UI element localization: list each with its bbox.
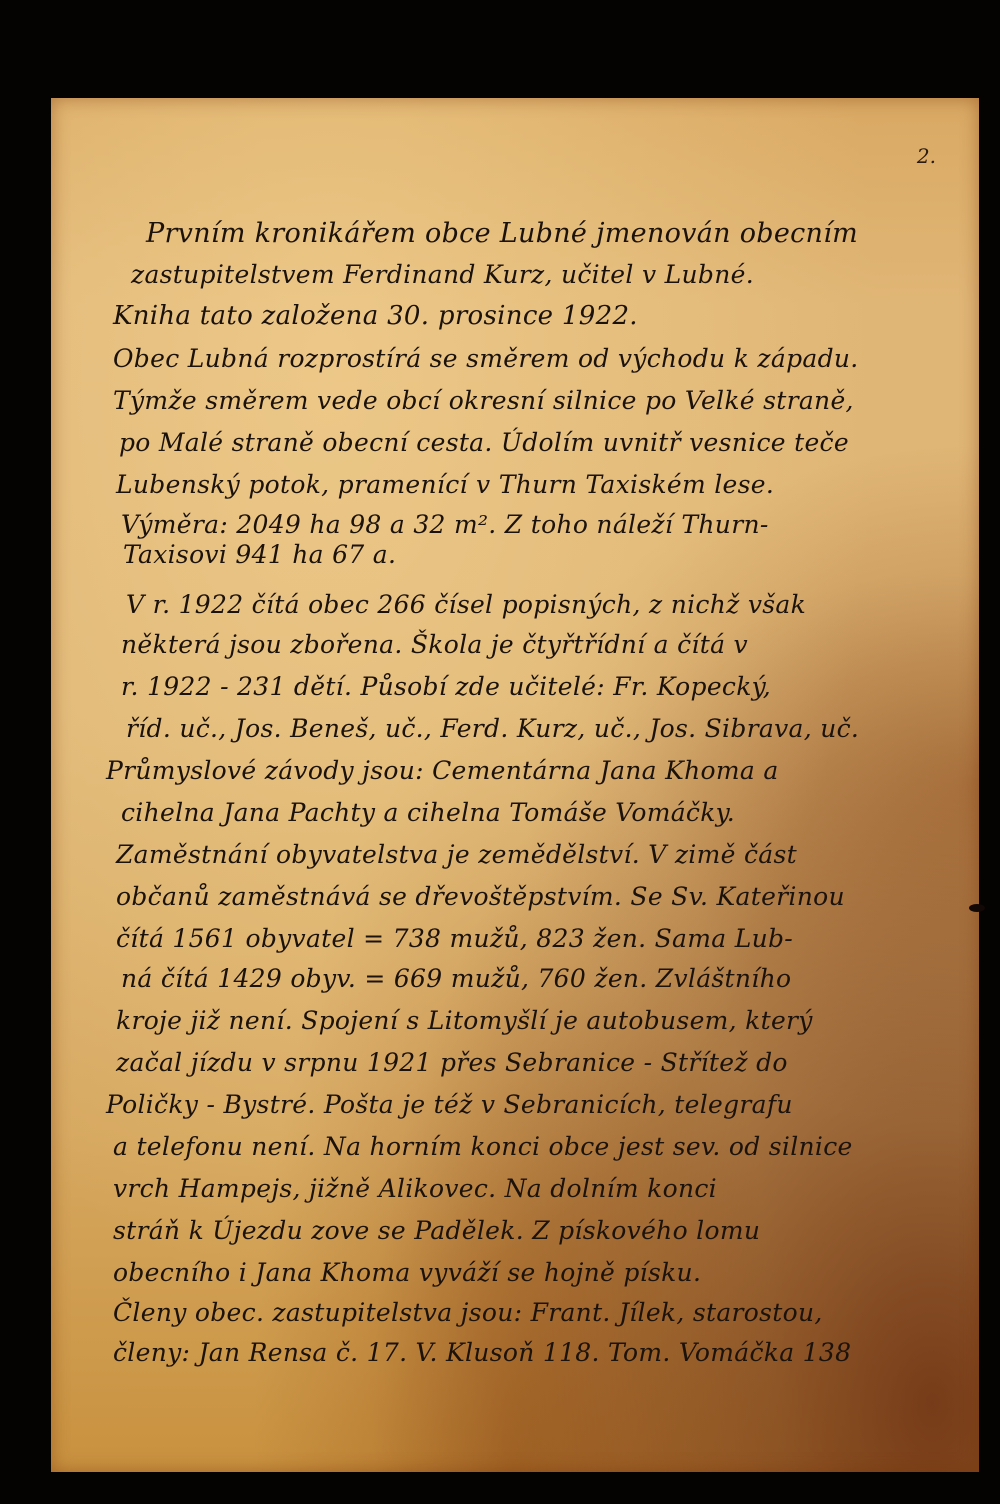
text-line: čítá 1561 obyvatel = 738 mužů, 823 žen. … — [116, 924, 793, 953]
text-line: r. 1922 - 231 dětí. Působí zde učitelé: … — [121, 672, 771, 701]
text-line: Prvním kronikářem obce Lubné jmenován ob… — [146, 218, 858, 249]
text-line: Týmže směrem vede obcí okresní silnice p… — [113, 386, 854, 415]
text-line: Kniha tato založena 30. prosince 1922. — [113, 301, 638, 331]
text-line: V r. 1922 čítá obec 266 čísel popisných,… — [126, 590, 806, 619]
text-line: Průmyslové závody jsou: Cementárna Jana … — [106, 756, 779, 785]
text-line: ná čítá 1429 obyv. = 669 mužů, 760 žen. … — [121, 964, 791, 993]
text-line: Poličky - Bystré. Pošta je též v Sebrani… — [106, 1090, 793, 1119]
text-line: Členy obec. zastupitelstva jsou: Frant. … — [113, 1298, 823, 1327]
text-line: zastupitelstvem Ferdinand Kurz, učitel v… — [131, 260, 754, 289]
text-line: vrch Hampejs, jižně Alikovec. Na dolním … — [113, 1174, 717, 1203]
text-line: stráň k Újezdu zove se Padělek. Z pískov… — [113, 1216, 760, 1245]
text-line: kroje již není. Spojení s Litomyšlí je a… — [116, 1006, 813, 1035]
text-line: občanů zaměstnává se dřevoštěpstvím. Se … — [116, 882, 845, 911]
text-line: a telefonu není. Na horním konci obce je… — [113, 1132, 853, 1161]
manuscript-page: 2. Prvním kronikářem obce Lubné jmenován… — [51, 98, 979, 1472]
text-line: Zaměstnání obyvatelstva je zemědělství. … — [116, 840, 797, 869]
text-line: Lubenský potok, pramenící v Thurn Taxisk… — [116, 470, 774, 499]
text-line: po Malé straně obecní cesta. Údolím uvni… — [119, 428, 849, 457]
text-line: Obec Lubná rozprostírá se směrem od vých… — [113, 344, 859, 373]
text-line: říd. uč., Jos. Beneš, uč., Ferd. Kurz, u… — [126, 714, 859, 743]
text-line: Výměra: 2049 ha 98 a 32 m². Z toho nálež… — [121, 510, 769, 539]
text-line: členy: Jan Rensa č. 17. V. Klusoň 118. T… — [113, 1338, 851, 1367]
ink-mark-on-edge — [969, 904, 985, 912]
text-line: začal jízdu v srpnu 1921 přes Sebranice … — [116, 1048, 788, 1077]
text-line: některá jsou zbořena. Škola je čtyřtřídn… — [121, 630, 748, 659]
handwritten-text-block: Prvním kronikářem obce Lubné jmenován ob… — [51, 98, 979, 1472]
text-line: obecního i Jana Khoma vyváží se hojně pí… — [113, 1258, 701, 1287]
text-line: Taxisovi 941 ha 67 a. — [123, 540, 396, 569]
text-line: cihelna Jana Pachty a cihelna Tomáše Vom… — [121, 798, 735, 827]
